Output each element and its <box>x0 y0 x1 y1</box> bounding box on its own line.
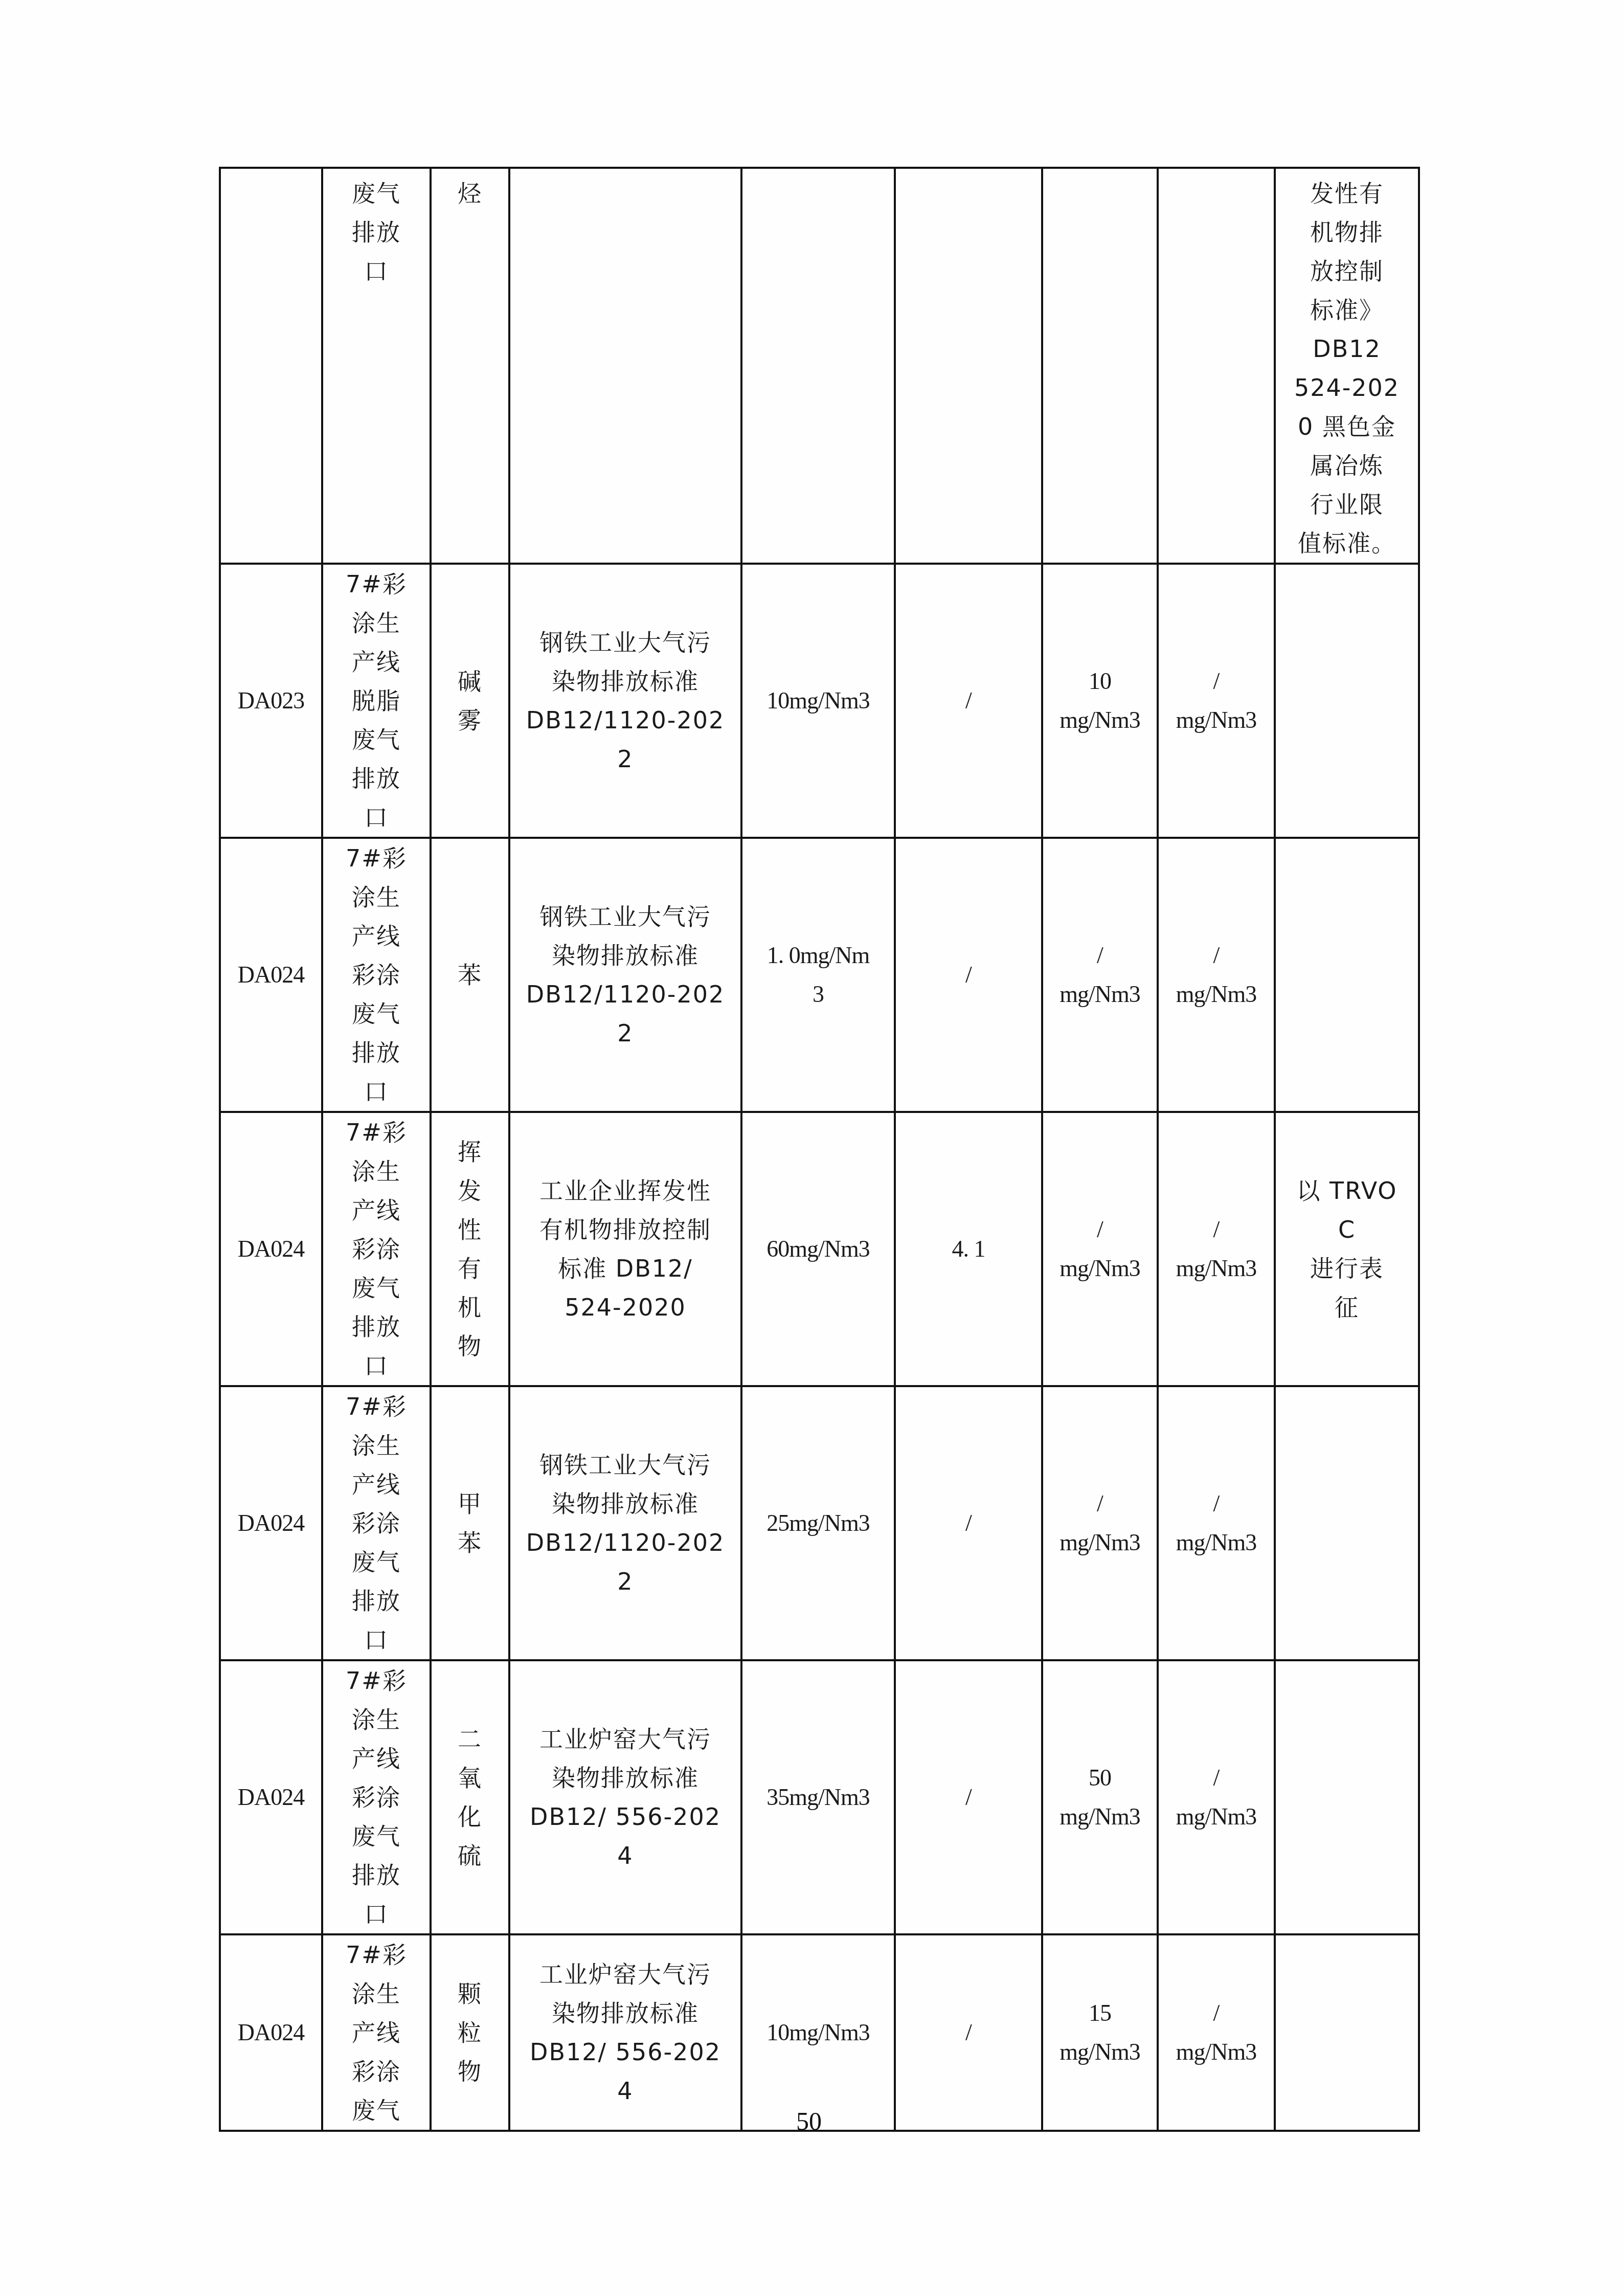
outlet-id-cell <box>220 168 322 564</box>
outlet-id-cell: DA024 <box>220 1934 322 2131</box>
rate-limit-cell: / <box>895 1660 1042 1934</box>
standard-cell: 钢铁工业大气污 染物排放标准 DB12/1120-2022 <box>509 1386 741 1660</box>
page-number: 50 <box>783 2106 835 2136</box>
outlet-id-cell: DA024 <box>220 838 322 1112</box>
pollutant-cell: 碱 雾 <box>431 564 509 838</box>
document-page: 废气 排放 口 烃 发性有 机物排 放控制 标准》 DB12 524-202 0… <box>0 0 1623 2296</box>
notes-cell <box>1275 1934 1419 2131</box>
standard-cell: 工业炉窑大气污 染物排放标准 DB12/ 556-2024 <box>509 1660 741 1934</box>
value-a-cell: 10 mg/Nm3 <box>1042 564 1158 838</box>
value-b-cell: / mg/Nm3 <box>1158 1386 1275 1660</box>
outlet-id-cell: DA024 <box>220 1386 322 1660</box>
notes-cell <box>1275 1386 1419 1660</box>
concentration-limit-cell: 60mg/Nm3 <box>741 1112 895 1386</box>
value-a-cell: 15 mg/Nm3 <box>1042 1934 1158 2131</box>
outlet-name-cell: 7#彩 涂生 产线 彩涂 废气 排放 口 <box>322 1112 431 1386</box>
pollutant-cell: 颗 粒 物 <box>431 1934 509 2131</box>
notes-cell <box>1275 1660 1419 1934</box>
notes-cell: 发性有 机物排 放控制 标准》 DB12 524-202 0 黑色金 属冶炼 行… <box>1275 168 1419 564</box>
table-row: DA024 7#彩 涂生 产线 彩涂 废气 排放 口 二 氧 化 硫 工业炉窑大… <box>220 1660 1419 1934</box>
pollutant-cell: 烃 <box>431 168 509 564</box>
standard-cell: 钢铁工业大气污 染物排放标准 DB12/1120-2022 <box>509 564 741 838</box>
value-b-cell: / mg/Nm3 <box>1158 1660 1275 1934</box>
table-row: DA024 7#彩 涂生 产线 彩涂 废气 排放 口 甲 苯 钢铁工业大气污 染… <box>220 1386 1419 1660</box>
rate-limit-cell: / <box>895 838 1042 1112</box>
concentration-limit-cell: 10mg/Nm3 <box>741 564 895 838</box>
standard-cell: 工业炉窑大气污 染物排放标准 DB12/ 556-2024 <box>509 1934 741 2131</box>
value-b-cell: / mg/Nm3 <box>1158 1112 1275 1386</box>
outlet-id-cell: DA023 <box>220 564 322 838</box>
table-row: DA023 7#彩 涂生 产线 脱脂 废气 排放 口 碱 雾 钢铁工业大气污 染… <box>220 564 1419 838</box>
outlet-id-cell: DA024 <box>220 1112 322 1386</box>
notes-cell <box>1275 564 1419 838</box>
concentration-limit-cell <box>741 168 895 564</box>
rate-limit-cell: / <box>895 564 1042 838</box>
rate-limit-cell: / <box>895 1386 1042 1660</box>
concentration-limit-cell: 1. 0mg/Nm 3 <box>741 838 895 1112</box>
outlet-name-cell: 7#彩 涂生 产线 彩涂 废气 排放 口 <box>322 1660 431 1934</box>
outlet-name-cell: 7#彩 涂生 产线 彩涂 废气 排放 口 <box>322 838 431 1112</box>
emission-limits-table: 废气 排放 口 烃 发性有 机物排 放控制 标准》 DB12 524-202 0… <box>219 167 1420 2132</box>
value-a-cell: 50 mg/Nm3 <box>1042 1660 1158 1934</box>
outlet-name-cell: 7#彩 涂生 产线 脱脂 废气 排放 口 <box>322 564 431 838</box>
pollutant-cell: 挥 发 性 有 机 物 <box>431 1112 509 1386</box>
value-b-cell: / mg/Nm3 <box>1158 564 1275 838</box>
notes-cell <box>1275 838 1419 1112</box>
pollutant-cell: 二 氧 化 硫 <box>431 1660 509 1934</box>
table-row: DA024 7#彩 涂生 产线 彩涂 废气 排放 口 挥 发 性 有 机 物 工… <box>220 1112 1419 1386</box>
outlet-name-cell: 7#彩 涂生 产线 彩涂 废气 <box>322 1934 431 2131</box>
concentration-limit-cell: 25mg/Nm3 <box>741 1386 895 1660</box>
pollutant-cell: 苯 <box>431 838 509 1112</box>
outlet-name-cell: 废气 排放 口 <box>322 168 431 564</box>
table-row: DA024 7#彩 涂生 产线 彩涂 废气 排放 口 苯 钢铁工业大气污 染物排… <box>220 838 1419 1112</box>
concentration-limit-cell: 10mg/Nm3 <box>741 1934 895 2131</box>
notes-cell: 以 TRVOC 进行表 征 <box>1275 1112 1419 1386</box>
rate-limit-cell <box>895 168 1042 564</box>
value-b-cell: / mg/Nm3 <box>1158 838 1275 1112</box>
standard-cell: 钢铁工业大气污 染物排放标准 DB12/1120-2022 <box>509 838 741 1112</box>
value-a-cell: / mg/Nm3 <box>1042 838 1158 1112</box>
value-a-cell: / mg/Nm3 <box>1042 1386 1158 1660</box>
rate-limit-cell: / <box>895 1934 1042 2131</box>
table-row: DA024 7#彩 涂生 产线 彩涂 废气 颗 粒 物 工业炉窑大气污 染物排放… <box>220 1934 1419 2131</box>
standard-cell <box>509 168 741 564</box>
pollutant-cell: 甲 苯 <box>431 1386 509 1660</box>
table-row: 废气 排放 口 烃 发性有 机物排 放控制 标准》 DB12 524-202 0… <box>220 168 1419 564</box>
value-b-cell <box>1158 168 1275 564</box>
outlet-name-cell: 7#彩 涂生 产线 彩涂 废气 排放 口 <box>322 1386 431 1660</box>
concentration-limit-cell: 35mg/Nm3 <box>741 1660 895 1934</box>
standard-cell: 工业企业挥发性 有机物排放控制 标准 DB12/ 524-2020 <box>509 1112 741 1386</box>
value-a-cell <box>1042 168 1158 564</box>
outlet-id-cell: DA024 <box>220 1660 322 1934</box>
value-a-cell: / mg/Nm3 <box>1042 1112 1158 1386</box>
value-b-cell: / mg/Nm3 <box>1158 1934 1275 2131</box>
rate-limit-cell: 4. 1 <box>895 1112 1042 1386</box>
